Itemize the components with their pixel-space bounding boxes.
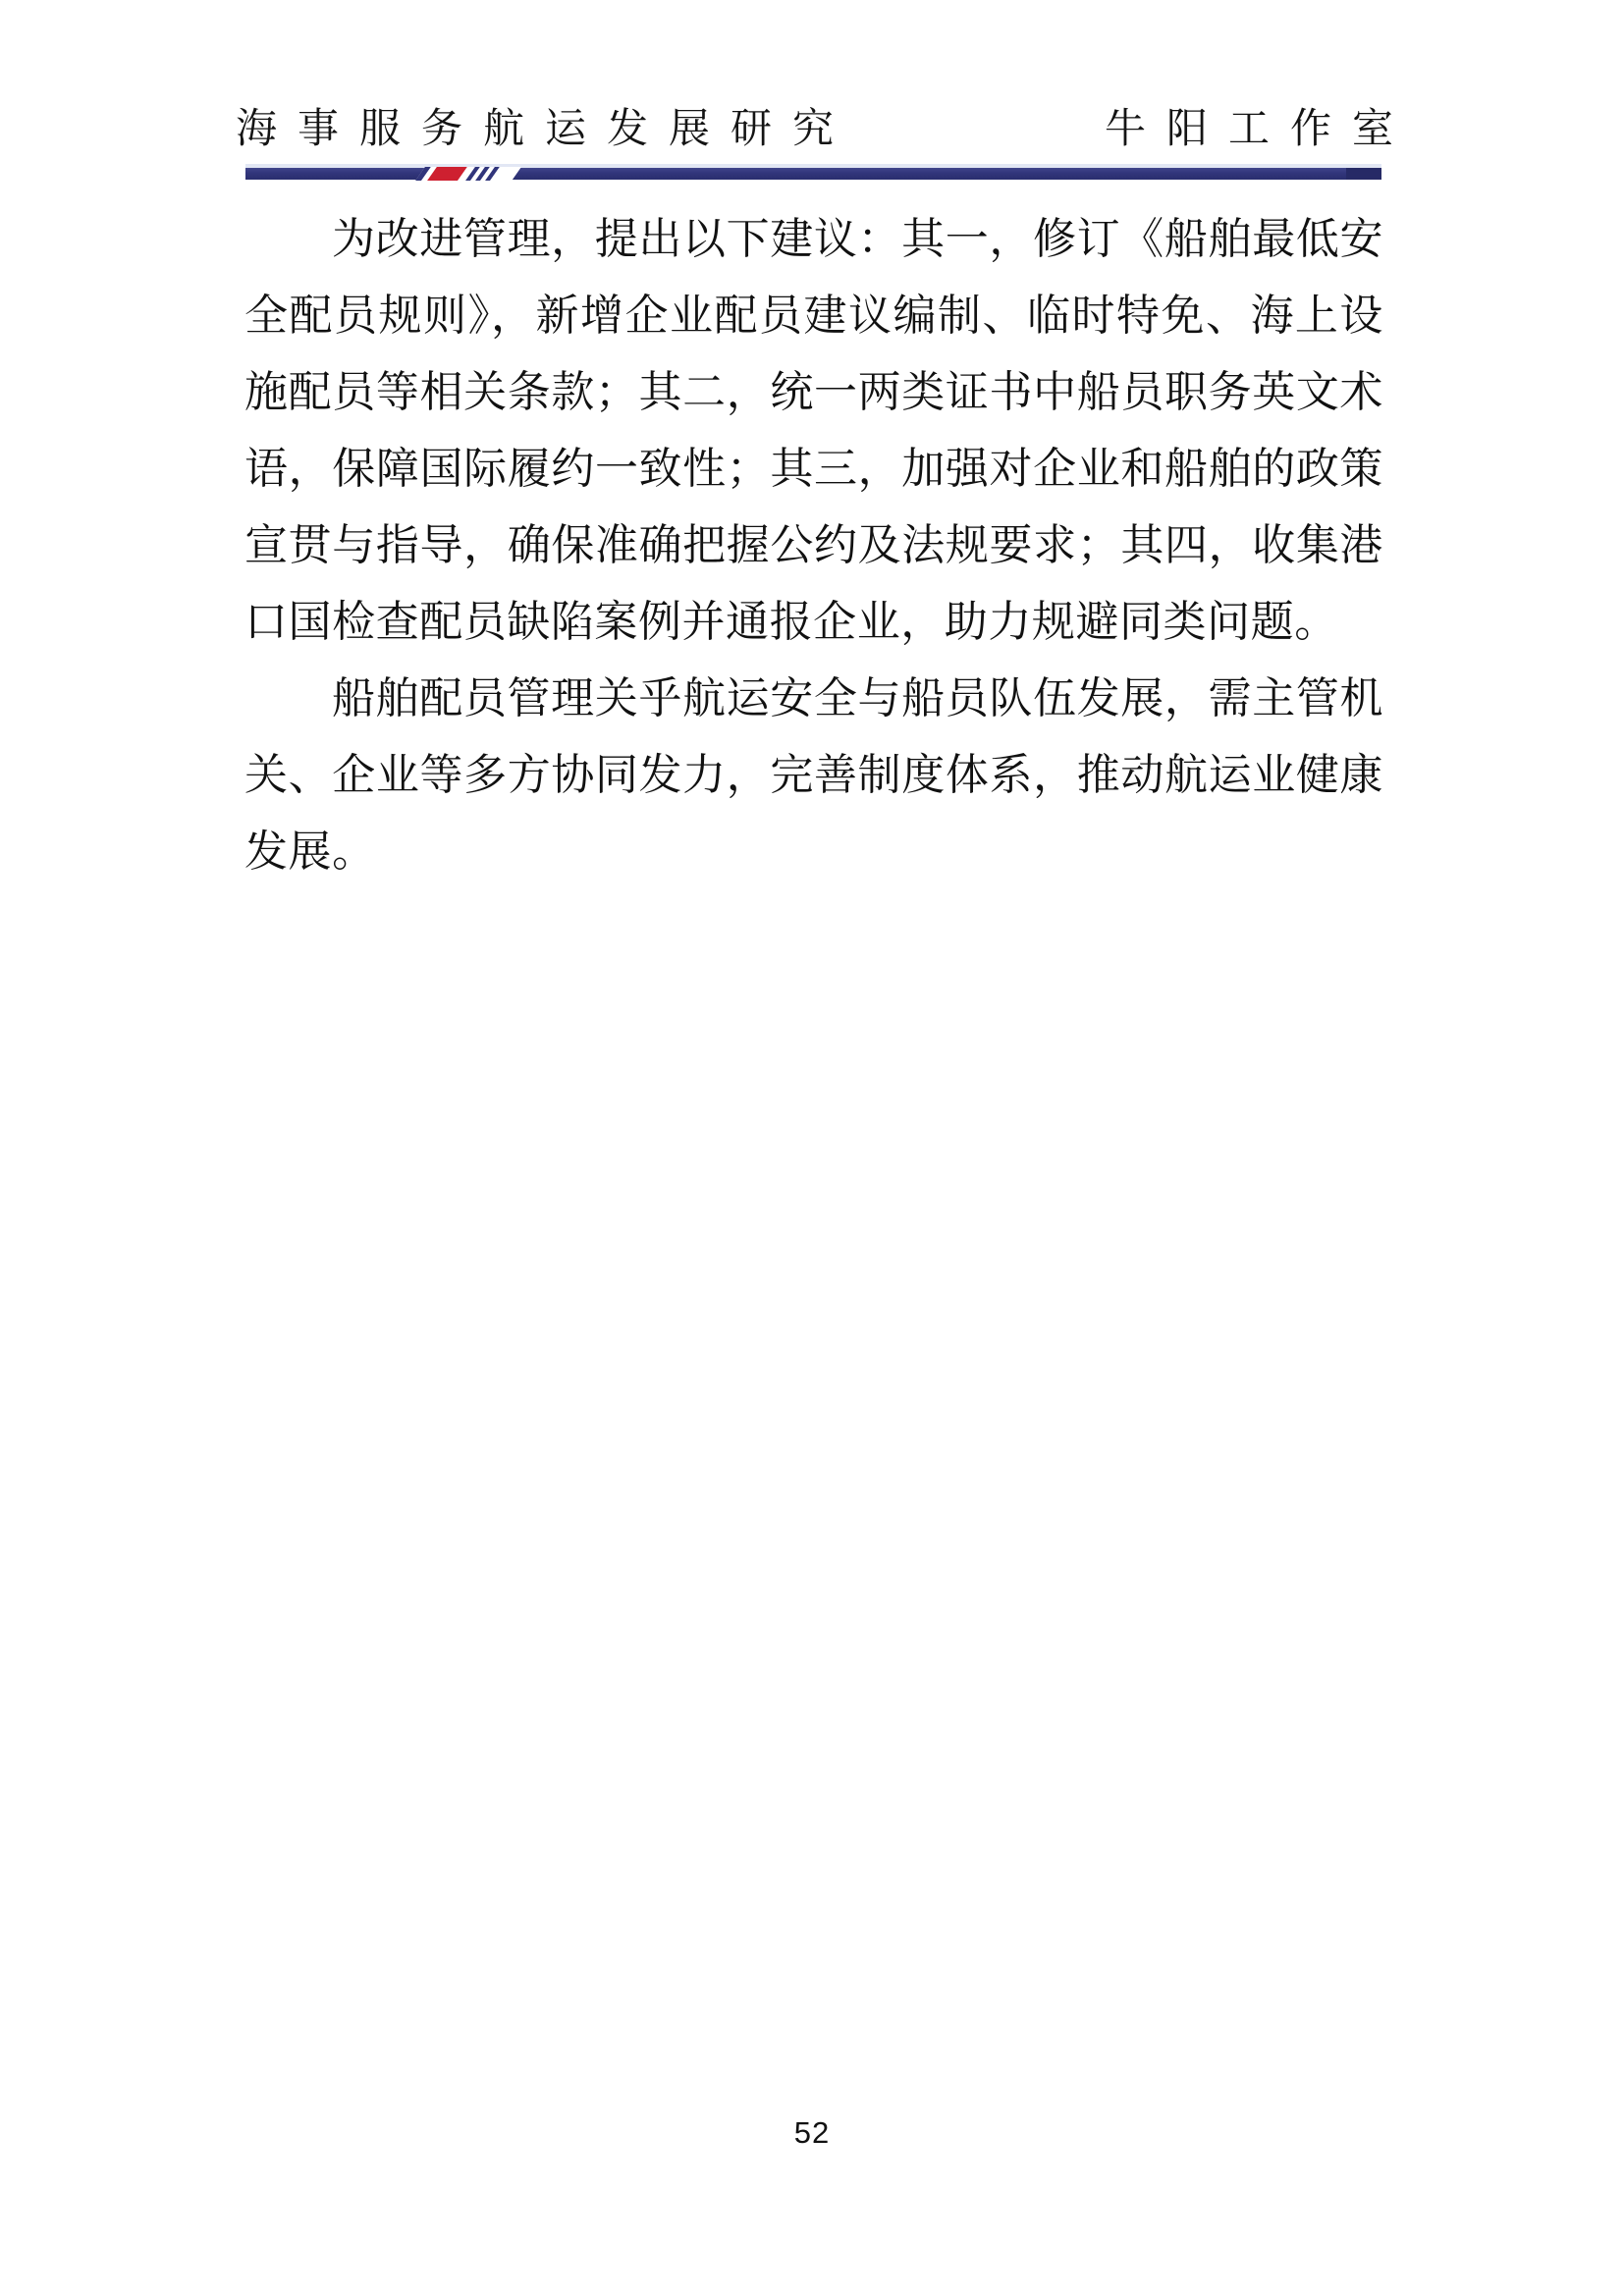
- header-rule-stripes-decoration: [415, 167, 521, 181]
- page-footer: 52: [0, 2115, 1624, 2151]
- document-page: 海事服务航运发展研究 牛阳工作室 为改进管理，提出以下建议：其一，修订《船舶最低…: [0, 0, 1624, 2296]
- page-header: 海事服务航运发展研究 牛阳工作室: [236, 96, 1414, 155]
- page-number: 52: [794, 2115, 830, 2150]
- header-rule: [245, 164, 1381, 180]
- header-rule-end-cap: [1346, 168, 1381, 180]
- paragraph: 船舶配员管理关乎航运安全与船员队伍发展，需主管机关、企业等多方协同发力，完善制度…: [244, 661, 1383, 890]
- document-body: 为改进管理，提出以下建议：其一，修订《船舶最低安全配员规则》，新增企业配员建议编…: [244, 201, 1383, 890]
- paragraph: 为改进管理，提出以下建议：其一，修订《船舶最低安全配员规则》，新增企业配员建议编…: [244, 201, 1383, 661]
- header-left-title: 海事服务航运发展研究: [236, 96, 854, 155]
- header-right-title: 牛阳工作室: [1105, 96, 1414, 155]
